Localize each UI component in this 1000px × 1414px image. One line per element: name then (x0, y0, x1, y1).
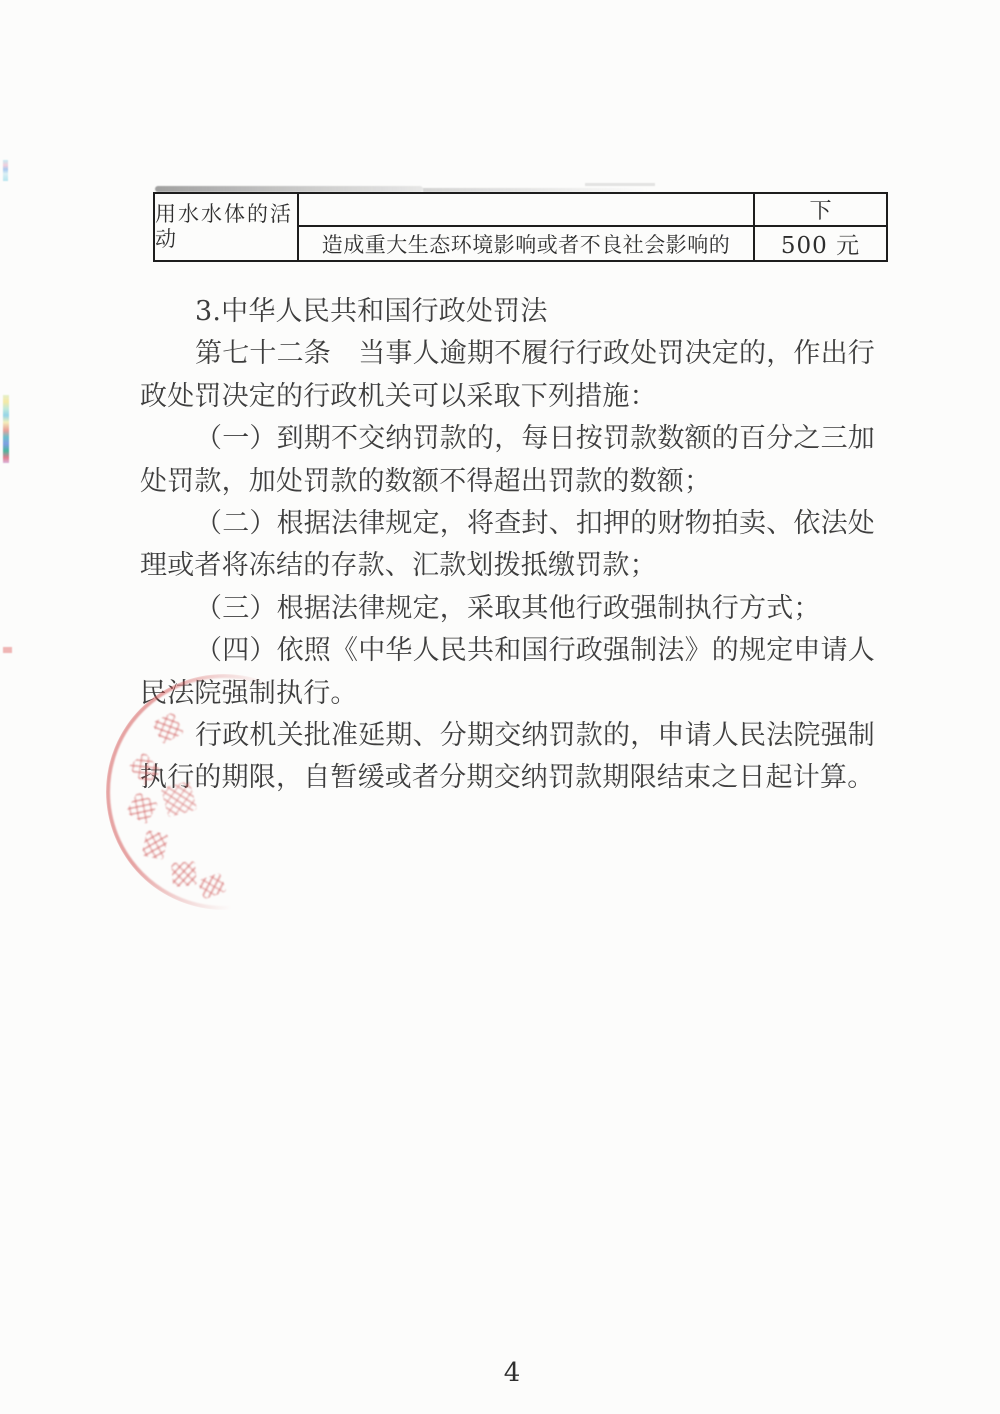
body-text: 3.中华人民共和国行政处罚法 第七十二条 当事人逾期不履行行政处罚决定的，作出行… (140, 291, 880, 800)
body-text-line: 第七十二条 当事人逾期不履行行政处罚决定的，作出行 (140, 333, 880, 375)
penalty-continuation-table: 用水水体的活 动 下 造成重大生态环境影响或者不良社会影响的 500 元 (153, 192, 888, 262)
seal-glyph-mark (171, 861, 197, 887)
body-text-line: 处罚款，加处罚款的数额不得超出罚款的数额； (140, 461, 880, 503)
activity-category-line1: 用水水体的活 (155, 202, 297, 227)
scanned-document-page: 用水水体的活 动 下 造成重大生态环境影响或者不良社会影响的 500 元 3.中… (0, 0, 1000, 1414)
scan-smudge-table-top-right (585, 183, 655, 186)
body-text-line: （一）到期不交纳罚款的，每日按罚款数额的百分之三加 (140, 418, 880, 460)
table-cell-violation-desc-row2: 造成重大生态环境影响或者不良社会影响的 (298, 226, 754, 261)
page-number: 4 (24, 1358, 1000, 1388)
body-heading-law-title: 3.中华人民共和国行政处罚法 (140, 291, 880, 333)
activity-category-line2: 动 (155, 227, 297, 252)
table-cell-penalty-amount-row2: 500 元 (754, 226, 887, 261)
body-text-line: （四）依照《中华人民共和国行政强制法》的规定申请人 (140, 630, 880, 672)
body-text-line: 民法院强制执行。 (140, 673, 880, 715)
body-text-line: 政处罚决定的行政机关可以采取下列措施： (140, 376, 880, 418)
body-text-line: 理或者将冻结的存款、汇款划拨抵缴罚款； (140, 545, 880, 587)
table-cell-violation-desc-row1 (298, 193, 754, 226)
body-text-line: 执行的期限，自暂缓或者分期交纳罚款期限结束之日起计算。 (140, 757, 880, 799)
scan-artifact-color-strip-middle (3, 395, 9, 463)
table-cell-activity-category: 用水水体的活 动 (154, 193, 298, 261)
scan-artifact-color-strip-top (3, 160, 8, 181)
seal-glyph-mark (197, 872, 226, 899)
body-text-line: 行政机关批准延期、分期交纳罚款的，申请人民法院强制 (140, 715, 880, 757)
body-text-line: （二）根据法律规定，将查封、扣押的财物拍卖、依法处 (140, 503, 880, 545)
table-cell-penalty-amount-row1: 下 (754, 193, 887, 226)
body-text-line: （三）根据法律规定，采取其他行政强制执行方式； (140, 588, 880, 630)
scan-artifact-red-mark (3, 647, 12, 653)
seal-glyph-mark (142, 830, 169, 860)
